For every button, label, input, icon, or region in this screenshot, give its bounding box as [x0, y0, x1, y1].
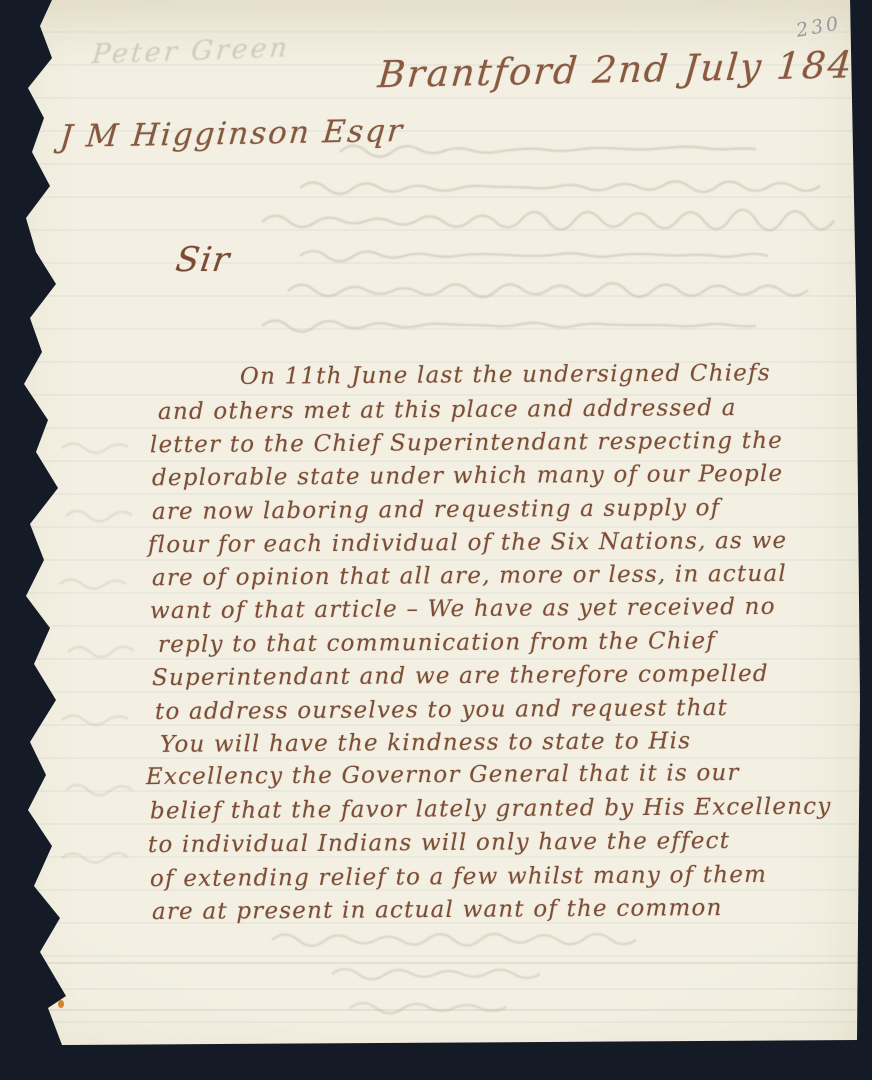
- letter-body-line: are now laboring and requesting a supply…: [152, 495, 721, 525]
- letter-body-line: want of that article – We have as yet re…: [150, 594, 776, 624]
- letter-addressee: J M Higginson Esqr: [58, 113, 405, 155]
- letter-page: Peter Green 230 Brantford 2nd July 1844 …: [0, 0, 872, 1080]
- scan-artifact-speck: [858, 996, 863, 1005]
- letter-salutation: Sir: [173, 240, 233, 280]
- letter-body-line: to address ourselves to you and request …: [155, 695, 728, 725]
- letter-body-line: Excellency the Governor General that it …: [146, 760, 740, 790]
- scanned-letter: Peter Green 230 Brantford 2nd July 1844 …: [0, 0, 872, 1080]
- letter-body-line: and others met at this place and address…: [158, 395, 737, 425]
- letter-body-line: are of opinion that all are, more or les…: [152, 561, 787, 591]
- letter-body-line: reply to that communication from the Chi…: [158, 628, 716, 658]
- paper-speck: [58, 1000, 64, 1008]
- letter-body-line: are at present in actual want of the com…: [152, 895, 723, 925]
- letter-body-line: letter to the Chief Superintendant respe…: [150, 428, 783, 458]
- letter-body-line: You will have the kindness to state to H…: [160, 728, 691, 758]
- letter-body-line: flour for each individual of the Six Nat…: [148, 528, 787, 558]
- letter-body-line: On 11th June last the undersigned Chiefs: [240, 360, 771, 390]
- letter-body-line: to individual Indians will only have the…: [148, 828, 730, 858]
- letter-body-line: Superintendant and we are therefore comp…: [152, 661, 769, 691]
- letter-body-line: belief that the favor lately granted by …: [150, 794, 832, 825]
- letter-body-line: of extending relief to a few whilst many…: [150, 862, 767, 892]
- letter-body-line: deplorable state under which many of our…: [152, 461, 783, 491]
